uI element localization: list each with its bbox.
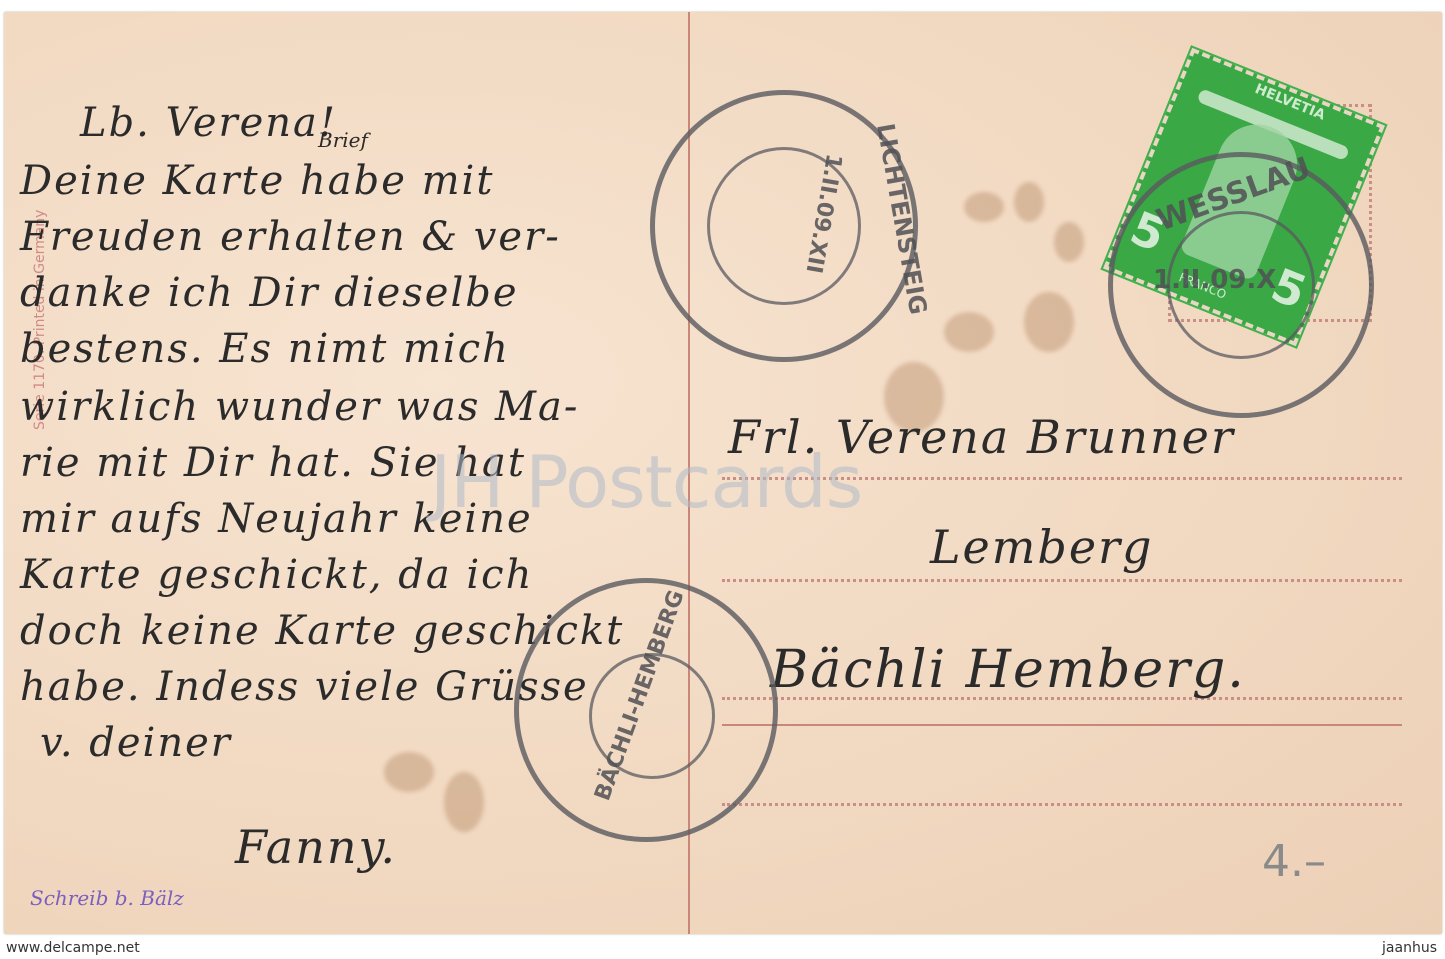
message-line: danke ich Dir dieselbe <box>20 270 519 316</box>
credit-right: jaanhus <box>1382 940 1437 956</box>
recipient-locality: Lemberg <box>930 520 1154 574</box>
signature: Fanny. <box>235 820 397 874</box>
stain <box>964 192 1004 222</box>
postmark-date: 1.II.09.X <box>1153 265 1276 295</box>
message-line: bestens. Es nimt mich <box>20 326 510 372</box>
message-line: Karte geschickt, da ich <box>20 552 533 598</box>
stain <box>384 752 434 792</box>
recipient-town: Bächli Hemberg. <box>770 640 1246 700</box>
message-line: Deine Karte habe mit <box>20 158 494 204</box>
salutation: Lb. Verena! <box>80 100 337 146</box>
violet-pencil-note: Schreib b. Bälz <box>30 886 184 910</box>
stain <box>1024 292 1074 352</box>
watermark: JH Postcards <box>430 440 862 524</box>
address-line-2 <box>722 579 1402 582</box>
postmark-baechli-hemberg: BÄCHLI-HEMBERG <box>514 578 778 842</box>
message-line: v. deiner <box>40 720 232 766</box>
message-line: habe. Indess viele Grüsse <box>20 664 589 710</box>
address-line-4 <box>722 803 1402 806</box>
postmark-lichtensteig: 1.II.09.XII LICHTENSTEIG <box>650 90 918 362</box>
insertion-note: Brief <box>318 128 368 152</box>
stain <box>444 772 484 832</box>
stain <box>944 312 994 352</box>
stain <box>1014 182 1044 222</box>
message-line: Freuden erhalten & ver- <box>20 214 561 260</box>
pencil-price-note: 4.– <box>1262 836 1326 887</box>
message-line: wirklich wunder was Ma- <box>20 384 579 430</box>
postmark-wesslau: WESSLAU 1.II.09.X <box>1108 152 1374 418</box>
credit-left: www.delcampe.net <box>6 940 140 956</box>
stain <box>1054 222 1084 262</box>
address-underline <box>722 724 1402 726</box>
